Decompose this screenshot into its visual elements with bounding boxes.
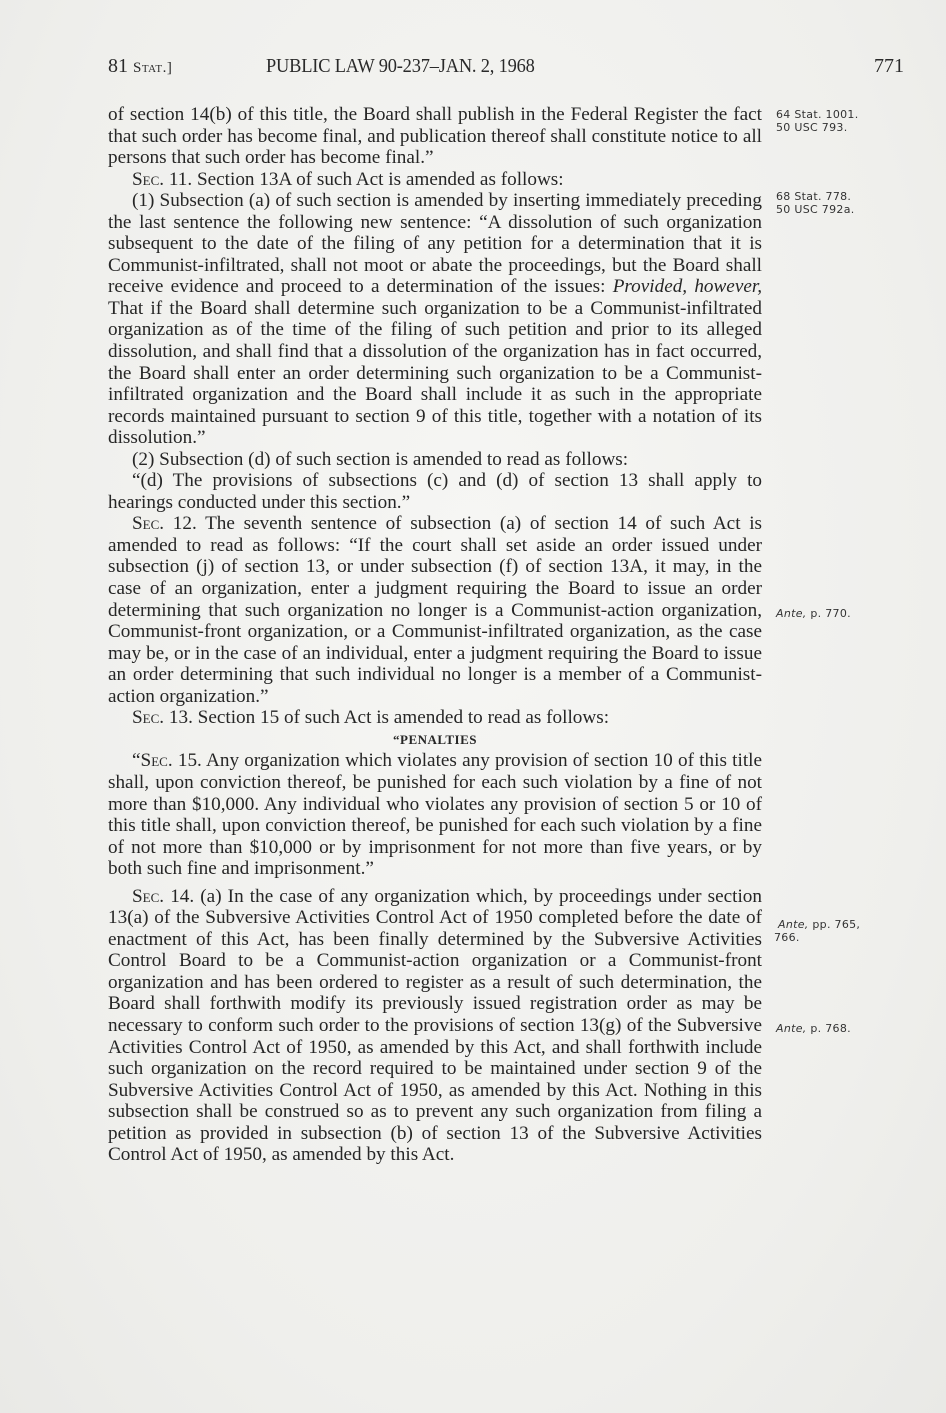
- section-11: Sec. 11. Section 13A of such Act is amen…: [108, 169, 762, 191]
- section-text: 13. Section 15 of such Act is amended to…: [164, 707, 609, 728]
- paragraph-text: That if the Board shall determine such o…: [108, 298, 762, 448]
- margin-page-ref: p. 768.: [807, 1022, 851, 1035]
- section-11-quoted-subsection: “(d) The provisions of subsections (c) a…: [108, 470, 762, 513]
- section-11-paragraph-2: (2) Subsection (d) of such section is am…: [108, 449, 762, 471]
- margin-page-ref: pp. 765,: [809, 918, 861, 931]
- penalties-heading: “PENALTIES: [108, 729, 762, 751]
- margin-citation: 68 Stat. 778.: [776, 190, 855, 203]
- margin-ante: Ante,: [776, 1022, 807, 1035]
- section-text: 11. Section 13A of such Act is amended a…: [164, 169, 564, 190]
- section-text: 12. The seventh sentence of subsection (…: [108, 513, 762, 706]
- section-text: 15. Any organization which violates any …: [108, 750, 762, 879]
- page-number: 771: [874, 55, 904, 78]
- statute-label: Stat.]: [133, 60, 172, 76]
- margin-ante: Ante,: [778, 918, 809, 931]
- margin-page-ref: p. 770.: [807, 607, 851, 620]
- margin-note-3: Ante, p. 770.: [776, 607, 851, 620]
- margin-note-1: 64 Stat. 1001. 50 USC 793.: [776, 108, 859, 134]
- section-text: 14. (a) In the case of any organization …: [108, 886, 762, 1166]
- law-title: PUBLIC LAW 90-237–JAN. 2, 1968: [266, 55, 535, 78]
- section-14: Sec. 14. (a) In the case of any organiza…: [108, 886, 762, 1166]
- section-15-quoted: “Sec. 15. Any organization which violate…: [108, 750, 762, 879]
- open-quote: “: [132, 750, 141, 771]
- margin-citation: 64 Stat. 1001.: [776, 108, 859, 121]
- section-11-paragraph-1: (1) Subsection (a) of such section is am…: [108, 190, 762, 449]
- document-page: 81 Stat.] PUBLIC LAW 90-237–JAN. 2, 1968…: [0, 0, 946, 1413]
- section-12: Sec. 12. The seventh sentence of subsect…: [108, 513, 762, 707]
- section-label: Sec.: [132, 886, 164, 907]
- section-13: Sec. 13. Section 15 of such Act is amend…: [108, 707, 762, 729]
- section-label: Sec.: [132, 707, 164, 728]
- margin-ante: Ante,: [776, 607, 807, 620]
- margin-note-5: Ante, p. 768.: [776, 1022, 851, 1035]
- body-text: of section 14(b) of this title, the Boar…: [108, 104, 762, 1166]
- section-label: Sec.: [141, 750, 173, 771]
- statute-volume: 81 Stat.]: [108, 55, 172, 78]
- margin-page-ref: 766.: [774, 931, 860, 944]
- paragraph-continuation: of section 14(b) of this title, the Boar…: [108, 104, 762, 169]
- section-label: Sec.: [132, 169, 164, 190]
- margin-citation: 50 USC 792a.: [776, 203, 855, 216]
- proviso-italic: Provided, however,: [613, 276, 762, 297]
- statute-volume-number: 81: [108, 55, 128, 77]
- running-header: 81 Stat.] PUBLIC LAW 90-237–JAN. 2, 1968…: [108, 55, 908, 85]
- section-label: Sec.: [132, 513, 164, 534]
- margin-note-4: Ante, pp. 765, 766.: [774, 918, 860, 944]
- margin-note-2: 68 Stat. 778. 50 USC 792a.: [776, 190, 855, 216]
- margin-citation: 50 USC 793.: [776, 121, 859, 134]
